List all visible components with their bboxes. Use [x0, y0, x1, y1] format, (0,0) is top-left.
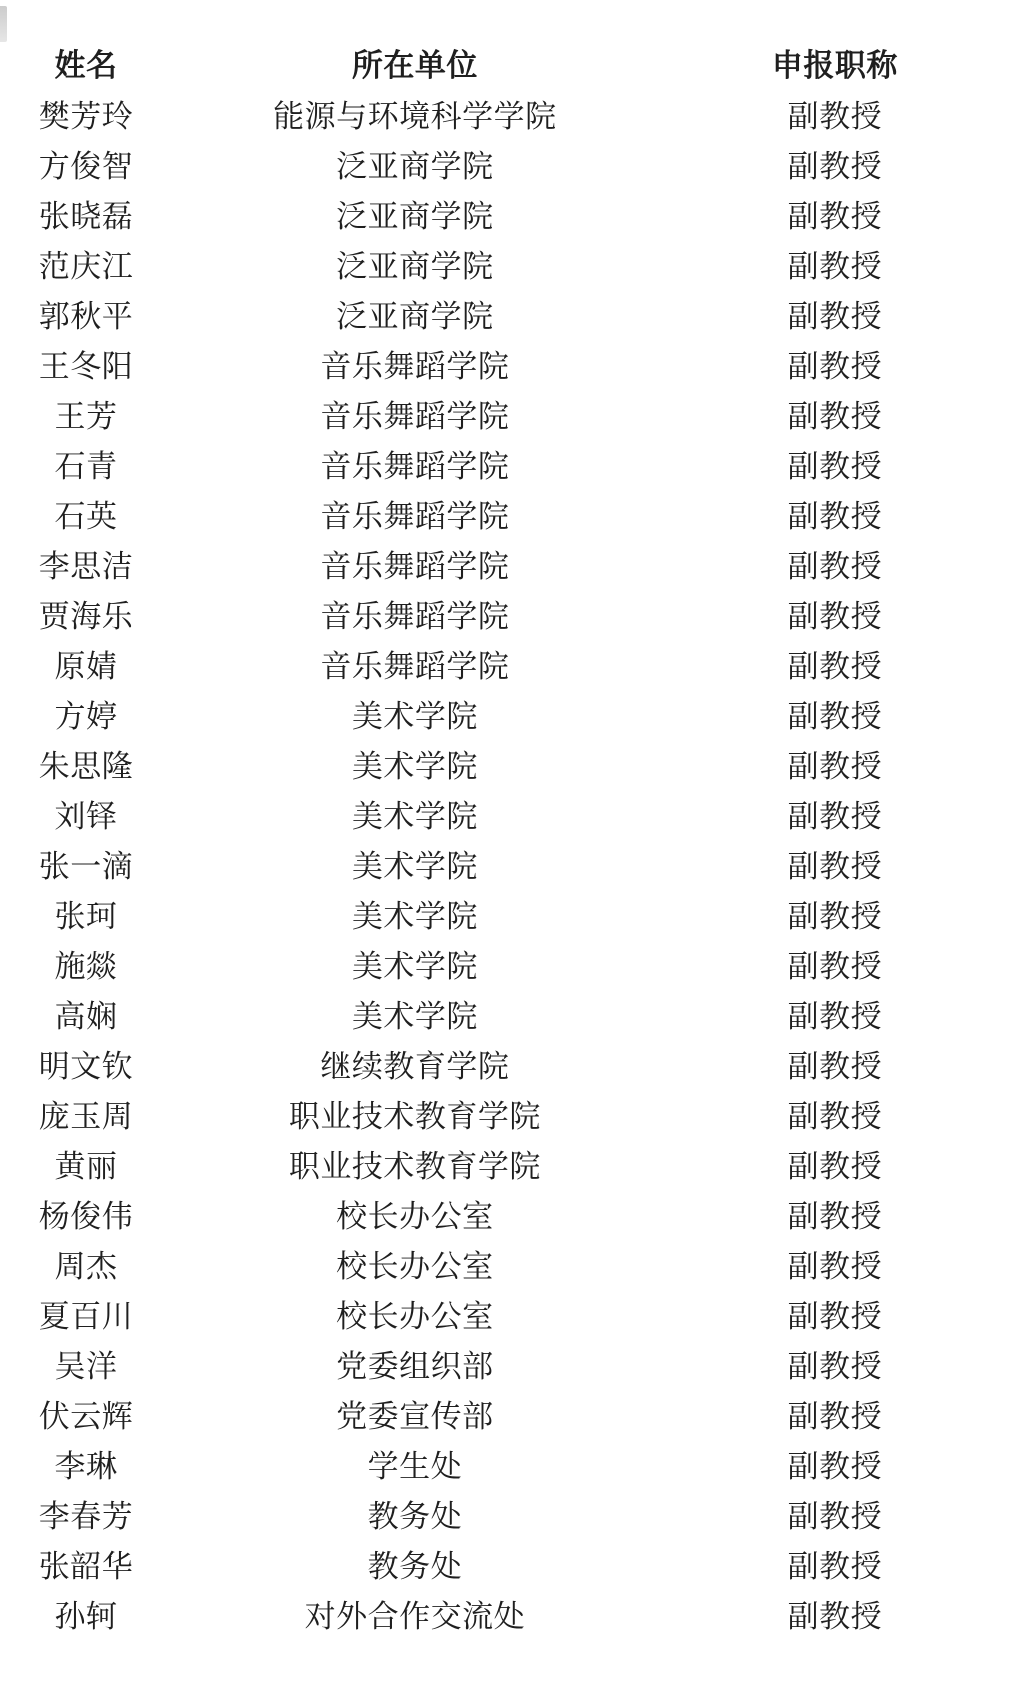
cell-unit: 教务处	[172, 1488, 658, 1538]
cell-applied-title: 副教授	[658, 888, 1012, 938]
table-row: 明文钦 继续教育学院 副教授	[0, 1038, 1012, 1088]
cell-unit: 泛亚商学院	[172, 288, 658, 338]
cell-applied-title: 副教授	[658, 238, 1012, 288]
column-header-applied-title: 申报职称	[658, 36, 1012, 88]
table-row: 李琳 学生处 副教授	[0, 1438, 1012, 1488]
cell-name: 贾海乐	[0, 588, 172, 638]
table-row: 刘铎 美术学院 副教授	[0, 788, 1012, 838]
cell-unit: 美术学院	[172, 988, 658, 1038]
cell-name: 高娴	[0, 988, 172, 1038]
cell-unit: 音乐舞蹈学院	[172, 538, 658, 588]
cell-applied-title: 副教授	[658, 438, 1012, 488]
cell-name: 李思洁	[0, 538, 172, 588]
table-row: 杨俊伟 校长办公室 副教授	[0, 1188, 1012, 1238]
cell-name: 张韶华	[0, 1538, 172, 1588]
cell-name: 张一滴	[0, 838, 172, 888]
cell-applied-title: 副教授	[658, 788, 1012, 838]
table-row: 石青 音乐舞蹈学院 副教授	[0, 438, 1012, 488]
cell-applied-title: 副教授	[658, 1188, 1012, 1238]
cell-unit: 音乐舞蹈学院	[172, 438, 658, 488]
cell-unit: 美术学院	[172, 788, 658, 838]
column-header-unit: 所在单位	[172, 36, 658, 88]
cell-name: 石青	[0, 438, 172, 488]
cell-unit: 教务处	[172, 1538, 658, 1588]
cell-unit: 音乐舞蹈学院	[172, 638, 658, 688]
cell-name: 张珂	[0, 888, 172, 938]
table-row: 樊芳玲 能源与环境科学学院 副教授	[0, 88, 1012, 138]
cell-name: 樊芳玲	[0, 88, 172, 138]
cell-name: 范庆江	[0, 238, 172, 288]
table-row: 石英 音乐舞蹈学院 副教授	[0, 488, 1012, 538]
cell-name: 方婷	[0, 688, 172, 738]
cell-name: 郭秋平	[0, 288, 172, 338]
table-row: 李思洁 音乐舞蹈学院 副教授	[0, 538, 1012, 588]
cell-applied-title: 副教授	[658, 1538, 1012, 1588]
cell-unit: 音乐舞蹈学院	[172, 588, 658, 638]
table-row: 吴洋 党委组织部 副教授	[0, 1338, 1012, 1388]
cell-name: 明文钦	[0, 1038, 172, 1088]
cell-applied-title: 副教授	[658, 488, 1012, 538]
table-row: 李春芳 教务处 副教授	[0, 1488, 1012, 1538]
cell-name: 张晓磊	[0, 188, 172, 238]
cell-unit: 校长办公室	[172, 1188, 658, 1238]
cell-unit: 泛亚商学院	[172, 138, 658, 188]
cell-applied-title: 副教授	[658, 538, 1012, 588]
cell-unit: 美术学院	[172, 738, 658, 788]
cell-name: 庞玉周	[0, 1088, 172, 1138]
cell-unit: 党委组织部	[172, 1338, 658, 1388]
cell-applied-title: 副教授	[658, 388, 1012, 438]
table-row: 张一滴 美术学院 副教授	[0, 838, 1012, 888]
table-row: 朱思隆 美术学院 副教授	[0, 738, 1012, 788]
cell-unit: 学生处	[172, 1438, 658, 1488]
cell-unit: 对外合作交流处	[172, 1588, 658, 1638]
cell-unit: 美术学院	[172, 938, 658, 988]
cell-name: 方俊智	[0, 138, 172, 188]
table-row: 方俊智 泛亚商学院 副教授	[0, 138, 1012, 188]
cell-unit: 美术学院	[172, 838, 658, 888]
cell-applied-title: 副教授	[658, 1288, 1012, 1338]
cell-applied-title: 副教授	[658, 638, 1012, 688]
cell-unit: 美术学院	[172, 688, 658, 738]
cell-name: 黄丽	[0, 1138, 172, 1188]
cell-unit: 音乐舞蹈学院	[172, 388, 658, 438]
table-row: 张珂 美术学院 副教授	[0, 888, 1012, 938]
cell-applied-title: 副教授	[658, 838, 1012, 888]
cell-applied-title: 副教授	[658, 1338, 1012, 1388]
cell-applied-title: 副教授	[658, 1488, 1012, 1538]
cell-name: 王芳	[0, 388, 172, 438]
table-row: 周杰 校长办公室 副教授	[0, 1238, 1012, 1288]
table-row: 庞玉周 职业技术教育学院 副教授	[0, 1088, 1012, 1138]
cell-unit: 泛亚商学院	[172, 188, 658, 238]
left-edge-artifact	[0, 6, 7, 42]
table-row: 高娴 美术学院 副教授	[0, 988, 1012, 1038]
cell-unit: 音乐舞蹈学院	[172, 338, 658, 388]
cell-name: 吴洋	[0, 1338, 172, 1388]
cell-applied-title: 副教授	[658, 188, 1012, 238]
cell-unit: 校长办公室	[172, 1238, 658, 1288]
table-row: 范庆江 泛亚商学院 副教授	[0, 238, 1012, 288]
cell-name: 刘铎	[0, 788, 172, 838]
cell-applied-title: 副教授	[658, 288, 1012, 338]
cell-name: 夏百川	[0, 1288, 172, 1338]
cell-name: 周杰	[0, 1238, 172, 1288]
cell-name: 杨俊伟	[0, 1188, 172, 1238]
cell-applied-title: 副教授	[658, 1388, 1012, 1438]
cell-name: 施燚	[0, 938, 172, 988]
table-row: 夏百川 校长办公室 副教授	[0, 1288, 1012, 1338]
cell-name: 孙轲	[0, 1588, 172, 1638]
cell-name: 石英	[0, 488, 172, 538]
cell-unit: 职业技术教育学院	[172, 1088, 658, 1138]
table-row: 伏云辉 党委宣传部 副教授	[0, 1388, 1012, 1438]
cell-unit: 美术学院	[172, 888, 658, 938]
cell-applied-title: 副教授	[658, 988, 1012, 1038]
cell-applied-title: 副教授	[658, 338, 1012, 388]
cell-unit: 职业技术教育学院	[172, 1138, 658, 1188]
table-row: 贾海乐 音乐舞蹈学院 副教授	[0, 588, 1012, 638]
cell-unit: 泛亚商学院	[172, 238, 658, 288]
cell-unit: 音乐舞蹈学院	[172, 488, 658, 538]
cell-applied-title: 副教授	[658, 1438, 1012, 1488]
cell-name: 伏云辉	[0, 1388, 172, 1438]
cell-name: 原婧	[0, 638, 172, 688]
table-row: 方婷 美术学院 副教授	[0, 688, 1012, 738]
cell-applied-title: 副教授	[658, 1088, 1012, 1138]
table-header-row: 姓名 所在单位 申报职称	[0, 36, 1012, 88]
cell-applied-title: 副教授	[658, 1138, 1012, 1188]
cell-applied-title: 副教授	[658, 738, 1012, 788]
cell-unit: 继续教育学院	[172, 1038, 658, 1088]
cell-name: 朱思隆	[0, 738, 172, 788]
table-row: 黄丽 职业技术教育学院 副教授	[0, 1138, 1012, 1188]
cell-unit: 党委宣传部	[172, 1388, 658, 1438]
cell-applied-title: 副教授	[658, 588, 1012, 638]
cell-unit: 校长办公室	[172, 1288, 658, 1338]
cell-name: 李春芳	[0, 1488, 172, 1538]
table-row: 郭秋平 泛亚商学院 副教授	[0, 288, 1012, 338]
cell-applied-title: 副教授	[658, 688, 1012, 738]
table-row: 王芳 音乐舞蹈学院 副教授	[0, 388, 1012, 438]
table-row: 施燚 美术学院 副教授	[0, 938, 1012, 988]
table-row: 孙轲 对外合作交流处 副教授	[0, 1588, 1012, 1638]
column-header-name: 姓名	[0, 36, 172, 88]
cell-applied-title: 副教授	[658, 938, 1012, 988]
table-row: 张韶华 教务处 副教授	[0, 1538, 1012, 1588]
cell-applied-title: 副教授	[658, 1038, 1012, 1088]
table-row: 王冬阳 音乐舞蹈学院 副教授	[0, 338, 1012, 388]
title-application-roster-table: 姓名 所在单位 申报职称 樊芳玲 能源与环境科学学院 副教授 方俊智 泛亚商学院…	[0, 36, 1012, 1638]
cell-name: 王冬阳	[0, 338, 172, 388]
cell-applied-title: 副教授	[658, 1588, 1012, 1638]
cell-applied-title: 副教授	[658, 88, 1012, 138]
cell-applied-title: 副教授	[658, 138, 1012, 188]
cell-applied-title: 副教授	[658, 1238, 1012, 1288]
table-row: 原婧 音乐舞蹈学院 副教授	[0, 638, 1012, 688]
cell-name: 李琳	[0, 1438, 172, 1488]
table-row: 张晓磊 泛亚商学院 副教授	[0, 188, 1012, 238]
cell-unit: 能源与环境科学学院	[172, 88, 658, 138]
